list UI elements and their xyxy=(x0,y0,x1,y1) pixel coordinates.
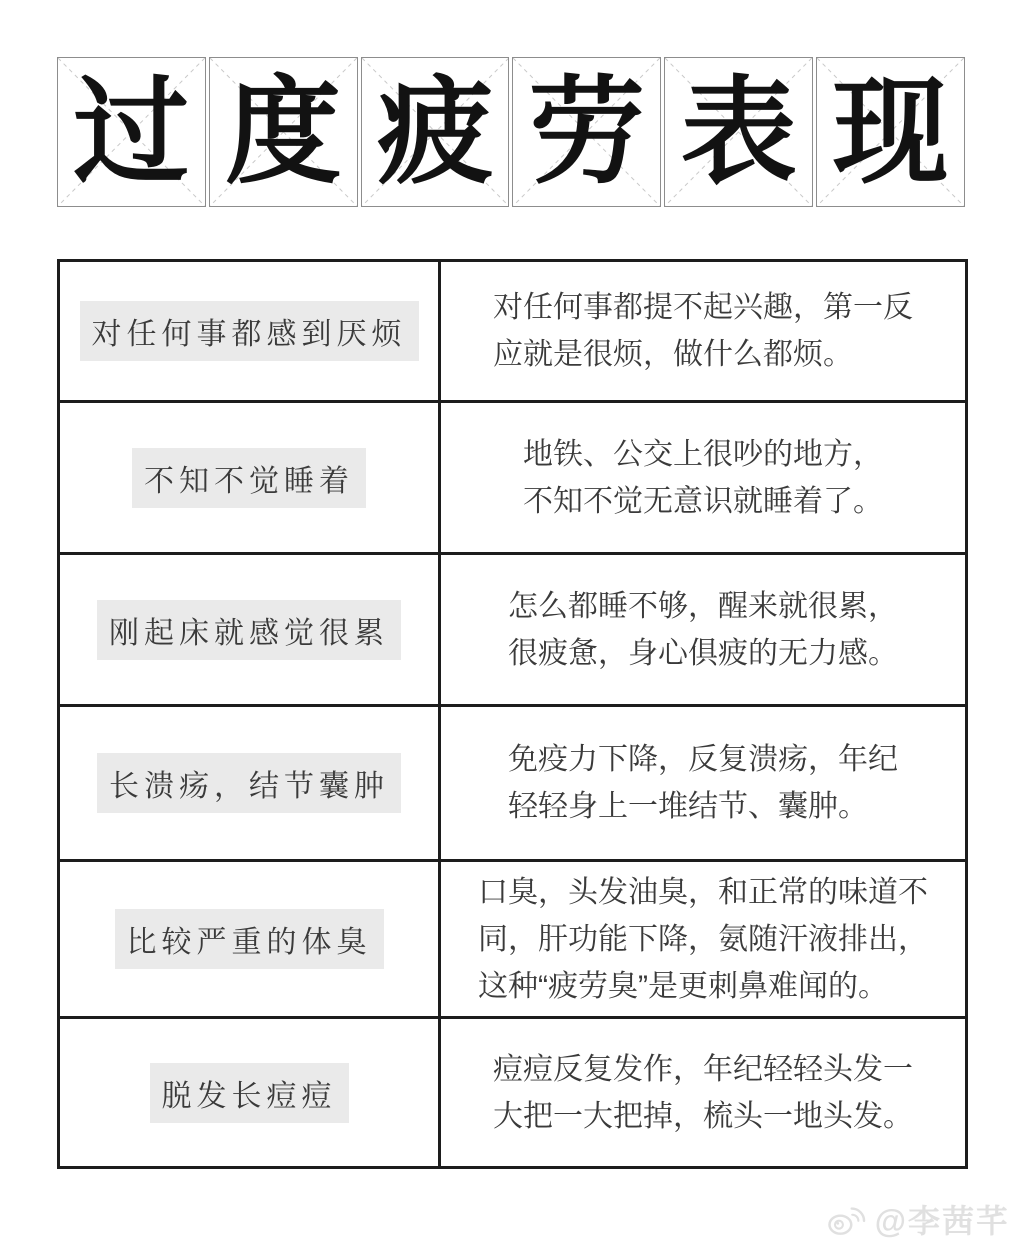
description-cell: 对任何事都提不起兴趣，第一反 应就是很烦，做什么都烦。 xyxy=(441,262,965,400)
weibo-icon xyxy=(826,1201,868,1237)
symptom-description: 口臭，头发油臭，和正常的味道不 同，肝功能下降，氨随汗液排出， 这种“疲劳臭”是… xyxy=(478,869,928,1010)
watermark-handle: @李茜芊 xyxy=(875,1196,1010,1242)
title-char: 疲 xyxy=(377,74,493,190)
table-row: 比较严重的体臭 口臭，头发油臭，和正常的味道不 同，肝功能下降，氨随汗液排出， … xyxy=(60,862,965,1019)
symptom-label: 脱发长痘痘 xyxy=(150,1063,349,1123)
symptom-description: 痘痘反复发作，年纪轻轻头发一 大把一大把掉，梳头一地头发。 xyxy=(493,1046,913,1140)
symptom-description: 怎么都睡不够，醒来就很累， 很疲惫，身心俱疲的无力感。 xyxy=(508,583,898,677)
title-box: 劳 xyxy=(512,57,661,207)
title-box: 度 xyxy=(209,57,358,207)
title-char: 劳 xyxy=(529,74,645,190)
poster-page: 过 度 疲 劳 表 现 对任何事都感到厌烦 对任何事都 xyxy=(0,0,1024,1244)
symptom-label: 对任何事都感到厌烦 xyxy=(80,301,419,361)
description-cell: 怎么都睡不够，醒来就很累， 很疲惫，身心俱疲的无力感。 xyxy=(441,555,965,704)
description-cell: 免疫力下降，反复溃疡，年纪 轻轻身上一堆结节、囊肿。 xyxy=(441,707,965,859)
title-box: 现 xyxy=(816,57,965,207)
fatigue-symptoms-table: 对任何事都感到厌烦 对任何事都提不起兴趣，第一反 应就是很烦，做什么都烦。 不知… xyxy=(57,259,968,1169)
symptom-description: 免疫力下降，反复溃疡，年纪 轻轻身上一堆结节、囊肿。 xyxy=(508,736,898,830)
title-char: 现 xyxy=(833,74,949,190)
symptom-label: 刚起床就感觉很累 xyxy=(97,600,401,660)
title-char: 过 xyxy=(73,74,189,190)
symptom-label: 长溃疡，结节囊肿 xyxy=(97,753,401,813)
title-box: 表 xyxy=(664,57,813,207)
symptom-cell: 比较严重的体臭 xyxy=(60,862,441,1016)
symptom-cell: 不知不觉睡着 xyxy=(60,403,441,552)
symptom-description: 对任何事都提不起兴趣，第一反 应就是很烦，做什么都烦。 xyxy=(493,284,913,378)
table-row: 长溃疡，结节囊肿 免疫力下降，反复溃疡，年纪 轻轻身上一堆结节、囊肿。 xyxy=(60,707,965,862)
symptom-description: 地铁、公交上很吵的地方， 不知不觉无意识就睡着了。 xyxy=(523,431,883,525)
description-cell: 口臭，头发油臭，和正常的味道不 同，肝功能下降，氨随汗液排出， 这种“疲劳臭”是… xyxy=(441,862,965,1016)
poster-title: 过 度 疲 劳 表 现 xyxy=(57,57,965,207)
symptom-label: 不知不觉睡着 xyxy=(132,448,366,508)
watermark: @李茜芊 xyxy=(826,1198,1010,1240)
table-row: 脱发长痘痘 痘痘反复发作，年纪轻轻头发一 大把一大把掉，梳头一地头发。 xyxy=(60,1019,965,1166)
description-cell: 地铁、公交上很吵的地方， 不知不觉无意识就睡着了。 xyxy=(441,403,965,552)
table-row: 不知不觉睡着 地铁、公交上很吵的地方， 不知不觉无意识就睡着了。 xyxy=(60,403,965,555)
symptom-label: 比较严重的体臭 xyxy=(115,909,384,969)
table-row: 刚起床就感觉很累 怎么都睡不够，醒来就很累， 很疲惫，身心俱疲的无力感。 xyxy=(60,555,965,707)
title-char: 表 xyxy=(681,74,797,190)
title-box: 疲 xyxy=(361,57,510,207)
description-cell: 痘痘反复发作，年纪轻轻头发一 大把一大把掉，梳头一地头发。 xyxy=(441,1019,965,1166)
symptom-cell: 刚起床就感觉很累 xyxy=(60,555,441,704)
symptom-cell: 对任何事都感到厌烦 xyxy=(60,262,441,400)
symptom-cell: 长溃疡，结节囊肿 xyxy=(60,707,441,859)
title-box: 过 xyxy=(57,57,206,207)
title-char: 度 xyxy=(225,74,341,190)
table-row: 对任何事都感到厌烦 对任何事都提不起兴趣，第一反 应就是很烦，做什么都烦。 xyxy=(60,262,965,403)
symptom-cell: 脱发长痘痘 xyxy=(60,1019,441,1166)
